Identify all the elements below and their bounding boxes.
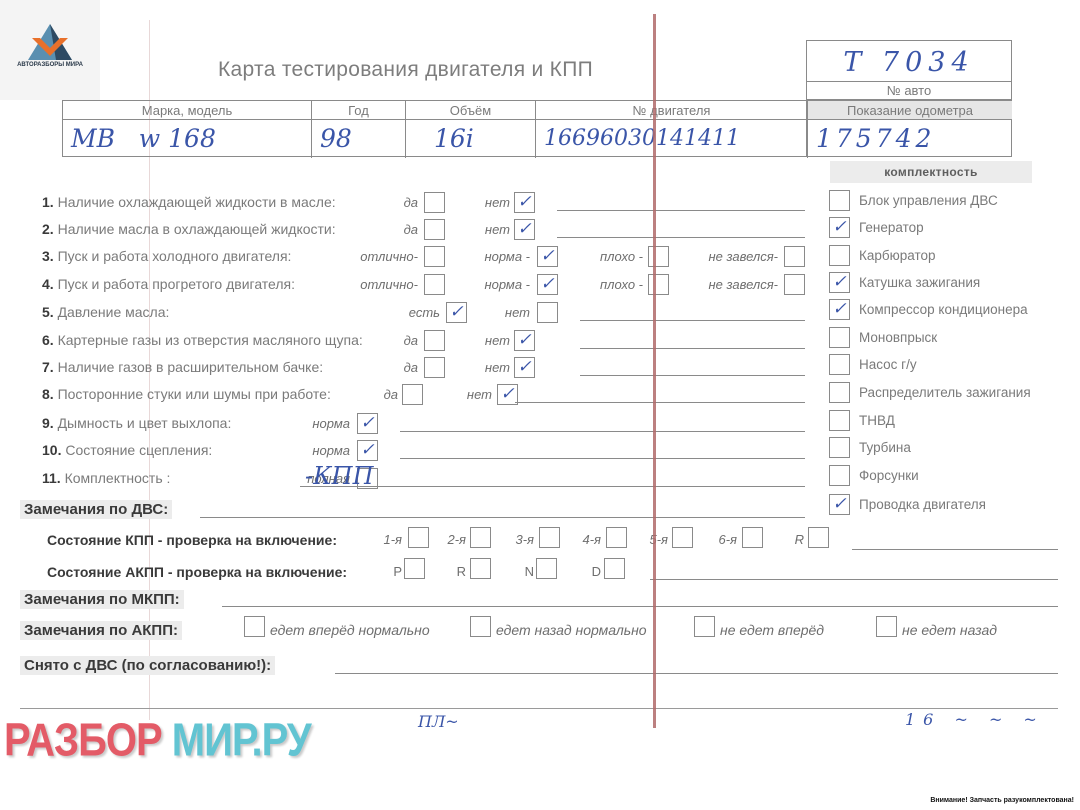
option-checkbox[interactable]: ✓ (357, 413, 378, 434)
gear-checkbox[interactable] (606, 527, 627, 548)
auto-remark-checkbox[interactable] (244, 616, 265, 637)
kit-header: комплектность (830, 161, 1032, 183)
kit-checkbox[interactable] (829, 190, 850, 211)
make-model-value[interactable]: MB w 168 (71, 121, 307, 157)
note-line[interactable] (515, 402, 805, 403)
brand-part2: МИР.РУ (172, 715, 311, 766)
remarks-manual-field[interactable] (222, 606, 1058, 607)
gear-checkbox[interactable] (672, 527, 693, 548)
check-label: 7. Наличие газов в расширительном бачке: (42, 359, 323, 375)
check-label: 8. Посторонние стуки или шумы при работе… (42, 386, 331, 402)
check-mark-icon: ✓ (515, 331, 534, 350)
kit-item-label: Насос г/у (859, 357, 917, 372)
remarks-manual-label: Замечания по МКПП: (20, 590, 184, 609)
divider (20, 708, 1058, 709)
option-checkbox[interactable]: ✓ (537, 246, 558, 267)
kit-item-label: Форсунки (859, 468, 919, 483)
option-checkbox[interactable] (784, 246, 805, 267)
col-label: Год (312, 101, 405, 120)
auto-remark-label: не едет назад (902, 622, 997, 638)
gear-label: 6-я (718, 532, 737, 547)
option-checkbox[interactable]: ✓ (514, 357, 535, 378)
kit-checkbox[interactable] (829, 437, 850, 458)
option-label: да (404, 195, 418, 210)
col-label: Показание одометра (808, 101, 1012, 120)
check-mark-icon: ✓ (515, 193, 534, 212)
option-checkbox[interactable]: ✓ (514, 219, 535, 240)
note-line[interactable] (580, 320, 805, 321)
check-mark-icon: ✓ (538, 247, 557, 266)
remarks-engine-field[interactable] (200, 517, 805, 518)
check-label: 2. Наличие масла в охлаждающей жидкости: (42, 221, 336, 237)
auto-remark-checkbox[interactable] (470, 616, 491, 637)
company-logo: АВТОРАЗБОРЫ МИРА (0, 0, 100, 100)
option-label: плохо - (600, 249, 643, 264)
kit-item-label: Турбина (859, 440, 911, 455)
auto-remark-label: не едет вперёд (720, 622, 824, 638)
option-checkbox[interactable]: ✓ (537, 274, 558, 295)
kit-item-label: Катушка зажигания (859, 275, 980, 290)
gear-checkbox[interactable] (808, 527, 829, 548)
check-label: 11. Комплектность : (42, 470, 170, 486)
handwritten-note: -КПП (305, 462, 374, 490)
check-label: 4. Пуск и работа прогретого двигателя: (42, 276, 295, 292)
check-mark-icon: ✓ (447, 303, 466, 322)
kit-checkbox[interactable] (829, 465, 850, 486)
option-checkbox[interactable] (537, 302, 558, 323)
warning-text: Внимание! Запчасть разукомплектована! (930, 797, 1074, 804)
gear-label: R (457, 564, 466, 579)
check-label: 5. Давление масла: (42, 304, 169, 320)
auto-gearbox-label: Состояние АКПП - проверка на включение: (47, 564, 347, 580)
note-line[interactable] (300, 486, 805, 487)
gear-label: 3-я (515, 532, 534, 547)
note-line[interactable] (400, 458, 805, 459)
option-label: норма - (484, 249, 530, 264)
option-label: отлично- (360, 277, 418, 292)
option-checkbox[interactable] (424, 357, 445, 378)
col-volume: Объём 16i (406, 101, 536, 158)
kit-item-label: Распределитель зажигания (859, 385, 1031, 400)
brand-part1: РАЗБОР (4, 715, 162, 766)
gear-label: 1-я (383, 532, 402, 547)
kit-checkbox[interactable] (829, 245, 850, 266)
option-checkbox[interactable] (648, 274, 669, 295)
option-checkbox[interactable] (648, 246, 669, 267)
note-line[interactable] (580, 375, 805, 376)
option-checkbox[interactable] (424, 192, 445, 213)
gear-checkbox[interactable] (408, 527, 429, 548)
col-label: Марка, модель (63, 101, 311, 120)
auto-remark-label: едет назад нормально (496, 622, 647, 638)
check-label: 10. Состояние сцепления: (42, 442, 212, 458)
option-label: не завелся- (708, 277, 778, 292)
check-label: 9. Дымность и цвет выхлопа: (42, 415, 231, 431)
gear-checkbox[interactable] (404, 558, 425, 579)
gear-checkbox[interactable] (470, 558, 491, 579)
option-checkbox[interactable] (424, 330, 445, 351)
check-mark-icon: ✓ (830, 495, 849, 514)
check-mark-icon: ✓ (830, 300, 849, 319)
note-line[interactable] (557, 237, 805, 238)
check-mark-icon: ✓ (830, 218, 849, 237)
note-line[interactable] (580, 348, 805, 349)
option-checkbox[interactable] (402, 384, 423, 405)
signature-scribble-left: ПЛ~ (418, 712, 459, 731)
col-label: № двигателя (536, 101, 807, 120)
kit-item-label: Моновпрыск (859, 330, 937, 345)
gear-checkbox[interactable] (539, 527, 560, 548)
option-label: да (404, 333, 418, 348)
auto-number-value[interactable]: T 7034 (807, 47, 1011, 78)
kit-item-label: Карбюратор (859, 248, 936, 263)
option-label: плохо - (600, 277, 643, 292)
auto-number-label: № авто (807, 81, 1011, 100)
brand-watermark: РАЗБОР МИР.РУ (4, 715, 311, 767)
odometer-value[interactable]: 175742 (816, 121, 1008, 157)
kit-checkbox[interactable] (829, 410, 850, 431)
check-label: 1. Наличие охлаждающей жидкости в масле: (42, 194, 336, 210)
gear-label: R (795, 532, 804, 547)
kit-checkbox[interactable]: ✓ (829, 299, 850, 320)
option-label: да (404, 222, 418, 237)
option-label: нет (485, 360, 510, 375)
kit-item-label: Проводка двигателя (859, 497, 986, 512)
note-line[interactable] (400, 431, 805, 432)
option-checkbox[interactable] (424, 219, 445, 240)
option-label: отлично- (360, 249, 418, 264)
gear-checkbox[interactable] (742, 527, 763, 548)
auto-remark-label: едет вперёд нормально (270, 622, 430, 638)
option-checkbox[interactable]: ✓ (357, 440, 378, 461)
option-checkbox[interactable]: ✓ (514, 330, 535, 351)
col-make-model: Марка, модель MB w 168 (63, 101, 312, 158)
option-label: нет (467, 387, 492, 402)
triangle-v-logo-icon (26, 22, 74, 62)
kit-item-label: Блок управления ДВС (859, 193, 998, 208)
check-label: 3. Пуск и работа холодного двигателя: (42, 248, 291, 264)
option-label: норма (312, 443, 350, 458)
option-label: нет (485, 195, 510, 210)
manual-gearbox-label: Состояние КПП - проверка на включение: (47, 532, 337, 548)
option-checkbox[interactable]: ✓ (514, 192, 535, 213)
removed-label: Снято с ДВС (по согласованию!): (20, 656, 275, 675)
signature-scribble-right: 16 ~ ~ ~ (905, 710, 1045, 729)
page-title: Карта тестирования двигателя и КПП (218, 58, 593, 82)
check-mark-icon: ✓ (515, 358, 534, 377)
logo-text: АВТОРАЗБОРЫ МИРА (0, 62, 100, 69)
option-label: нет (485, 222, 510, 237)
kit-checkbox[interactable] (829, 354, 850, 375)
option-label: да (404, 360, 418, 375)
option-label: нет (505, 305, 530, 320)
option-label: нет (485, 333, 510, 348)
kit-item-label: Компрессор кондиционера (859, 302, 1028, 317)
col-engine-number: № двигателя 16696030141411 (536, 101, 808, 158)
note-line[interactable] (557, 210, 805, 211)
col-odometer: Показание одометра 175742 (808, 101, 1012, 158)
gear-checkbox[interactable] (536, 558, 557, 579)
gear-label: 2-я (447, 532, 466, 547)
option-checkbox[interactable]: ✓ (446, 302, 467, 323)
check-mark-icon: ✓ (538, 275, 557, 294)
auto-remark-checkbox[interactable] (694, 616, 715, 637)
engine-number-value[interactable]: 16696030141411 (544, 121, 803, 157)
kit-checkbox[interactable]: ✓ (829, 494, 850, 515)
manual-gearbox-note-field[interactable] (852, 549, 1058, 550)
option-label: да (384, 387, 398, 402)
kit-checkbox[interactable]: ✓ (829, 272, 850, 293)
remarks-auto-label: Замечания по АКПП: (20, 621, 182, 640)
col-label: Объём (406, 101, 535, 120)
year-value[interactable]: 98 (320, 121, 401, 157)
option-label: есть (409, 305, 440, 320)
auto-remark-checkbox[interactable] (876, 616, 897, 637)
option-checkbox[interactable] (424, 246, 445, 267)
kit-item-label: Генератор (859, 220, 924, 235)
auto-gearbox-note-field[interactable] (650, 579, 1058, 580)
remarks-engine-label: Замечания по ДВС: (20, 500, 172, 519)
option-label: не завелся- (708, 249, 778, 264)
gear-checkbox[interactable] (470, 527, 491, 548)
check-mark-icon: ✓ (830, 273, 849, 292)
gear-label: N (525, 564, 534, 579)
check-mark-icon: ✓ (358, 414, 377, 433)
red-margin-line (653, 14, 656, 728)
kit-checkbox[interactable] (829, 382, 850, 403)
gear-label: P (393, 564, 402, 579)
vehicle-info-table: Марка, модель MB w 168 Год 98 Объём 16i … (62, 100, 1012, 157)
removed-field[interactable] (335, 673, 1058, 674)
gear-checkbox[interactable] (604, 558, 625, 579)
option-label: норма - (484, 277, 530, 292)
option-checkbox[interactable] (424, 274, 445, 295)
kit-checkbox[interactable]: ✓ (829, 217, 850, 238)
col-year: Год 98 (312, 101, 406, 158)
option-label: норма (312, 416, 350, 431)
option-checkbox[interactable] (784, 274, 805, 295)
check-mark-icon: ✓ (515, 220, 534, 239)
check-mark-icon: ✓ (358, 441, 377, 460)
kit-item-label: ТНВД (859, 413, 895, 428)
gear-label: 4-я (582, 532, 601, 547)
gear-label: D (592, 564, 601, 579)
kit-checkbox[interactable] (829, 327, 850, 348)
volume-value[interactable]: 16i (434, 121, 531, 157)
check-label: 6. Картерные газы из отверстия масляного… (42, 332, 363, 348)
